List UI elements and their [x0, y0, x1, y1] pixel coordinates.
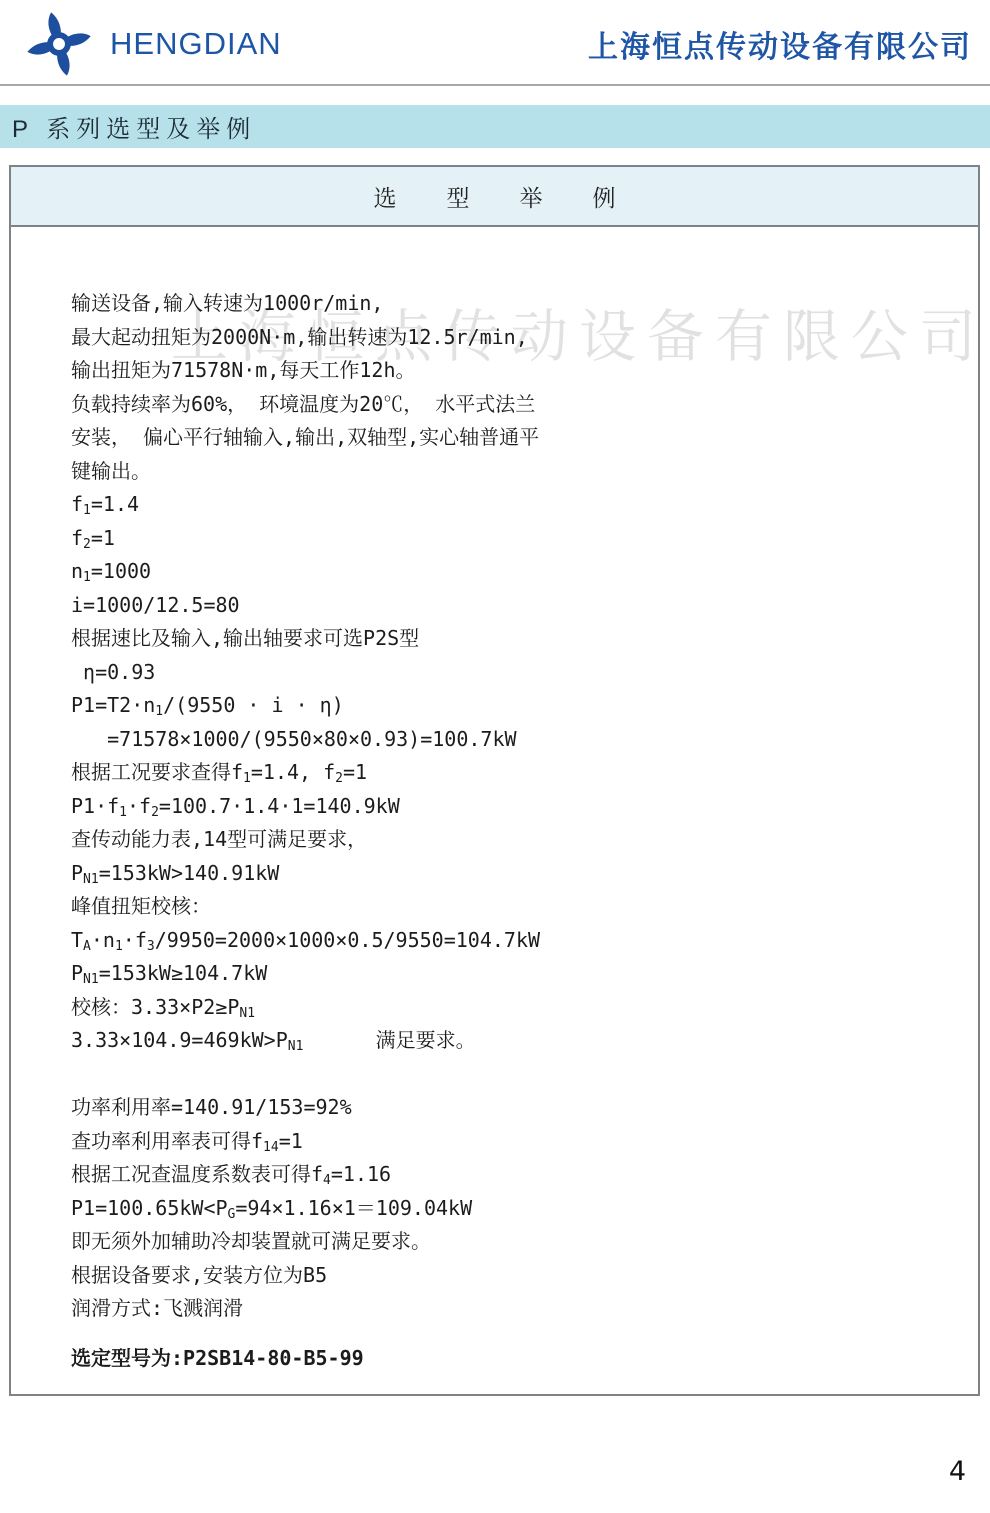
body-line: 安装， 偏心平行轴输入,输出,双轴型,实心轴普通平 [71, 421, 958, 455]
body-line: 根据设备要求,安装方位为B5 [71, 1259, 958, 1293]
body-line: 校核：3.33×P2≥PN1 [71, 991, 958, 1025]
company-name: 上海恒点传动设备有限公司 [588, 22, 974, 66]
body-line: 负载持续率为60%， 环境温度为20℃， 水平式法兰 [71, 388, 958, 422]
body-line: 润滑方式:飞溅润滑 [71, 1292, 958, 1326]
body-line: 查功率利用率表可得f14=1 [71, 1125, 958, 1159]
body-line: PN1=153kW≥104.7kW [71, 957, 958, 991]
body-line: 3.33×104.9=469kW>PN1 满足要求。 [71, 1024, 958, 1058]
body-line: 查传动能力表,14型可满足要求， [71, 823, 958, 857]
body-line: 键输出。 [71, 455, 958, 489]
body-line: P1=100.65kW<PG=94×1.16×1＝109.04kW [71, 1192, 958, 1226]
brand: HENGDIAN [26, 11, 282, 77]
body-line: f2=1 [71, 522, 958, 556]
body-line: 根据速比及输入,输出轴要求可选P2S型 [71, 622, 958, 656]
body-line: P1=T2·n1/(9550 · i · η) [71, 689, 958, 723]
body-line: n1=1000 [71, 555, 958, 589]
body-line: 最大起动扭矩为2000N·m,输出转速为12.5r/min, [71, 321, 958, 355]
body-line: TA·n1·f3/9950=2000×1000×0.5/9550=104.7kW [71, 924, 958, 958]
body-line: =71578×1000/(9550×80×0.93)=100.7kW [71, 723, 958, 757]
section-banner: P 系列选型及举例 [0, 105, 990, 148]
body-line: 峰值扭矩校核： [71, 890, 958, 924]
body-line: η=0.93 [71, 656, 958, 690]
panel-body: 上海恒点传动设备有限公司 输送设备,输入转速为1000r/min,最大起动扭矩为… [11, 227, 978, 1391]
body-line [71, 1058, 958, 1092]
body-line: 输送设备,输入转速为1000r/min, [71, 287, 958, 321]
page-header: HENGDIAN 上海恒点传动设备有限公司 [0, 0, 990, 84]
body-line: 功率利用率=140.91/153=92% [71, 1091, 958, 1125]
selection-example-panel: 选型举例 上海恒点传动设备有限公司 输送设备,输入转速为1000r/min,最大… [9, 165, 980, 1396]
document-page: HENGDIAN 上海恒点传动设备有限公司 P 系列选型及举例 选型举例 上海恒… [0, 0, 990, 1513]
body-line: 输出扭矩为71578N·m,每天工作12h。 [71, 354, 958, 388]
page-number: 4 [949, 1456, 966, 1487]
body-line: 根据工况查温度系数表可得f4=1.16 [71, 1158, 958, 1192]
hengdian-pinwheel-logo-icon [26, 11, 92, 77]
body-line: 即无须外加辅助冷却装置就可满足要求。 [71, 1225, 958, 1259]
body-line: 选定型号为:P2SB14-80-B5-99 [71, 1342, 958, 1376]
section-banner-label: P 系列选型及举例 [12, 109, 256, 144]
body-text: 输送设备,输入转速为1000r/min,最大起动扭矩为2000N·m,输出转速为… [71, 287, 958, 1375]
logo-text: HENGDIAN [110, 26, 282, 62]
body-line: i=1000/12.5=80 [71, 589, 958, 623]
body-line: 根据工况要求查得f1=1.4, f2=1 [71, 756, 958, 790]
panel-title: 选型举例 [11, 167, 978, 227]
body-line: P1·f1·f2=100.7·1.4·1=140.9kW [71, 790, 958, 824]
body-line: PN1=153kW>140.91kW [71, 857, 958, 891]
body-line: f1=1.4 [71, 488, 958, 522]
header-divider [0, 84, 990, 86]
